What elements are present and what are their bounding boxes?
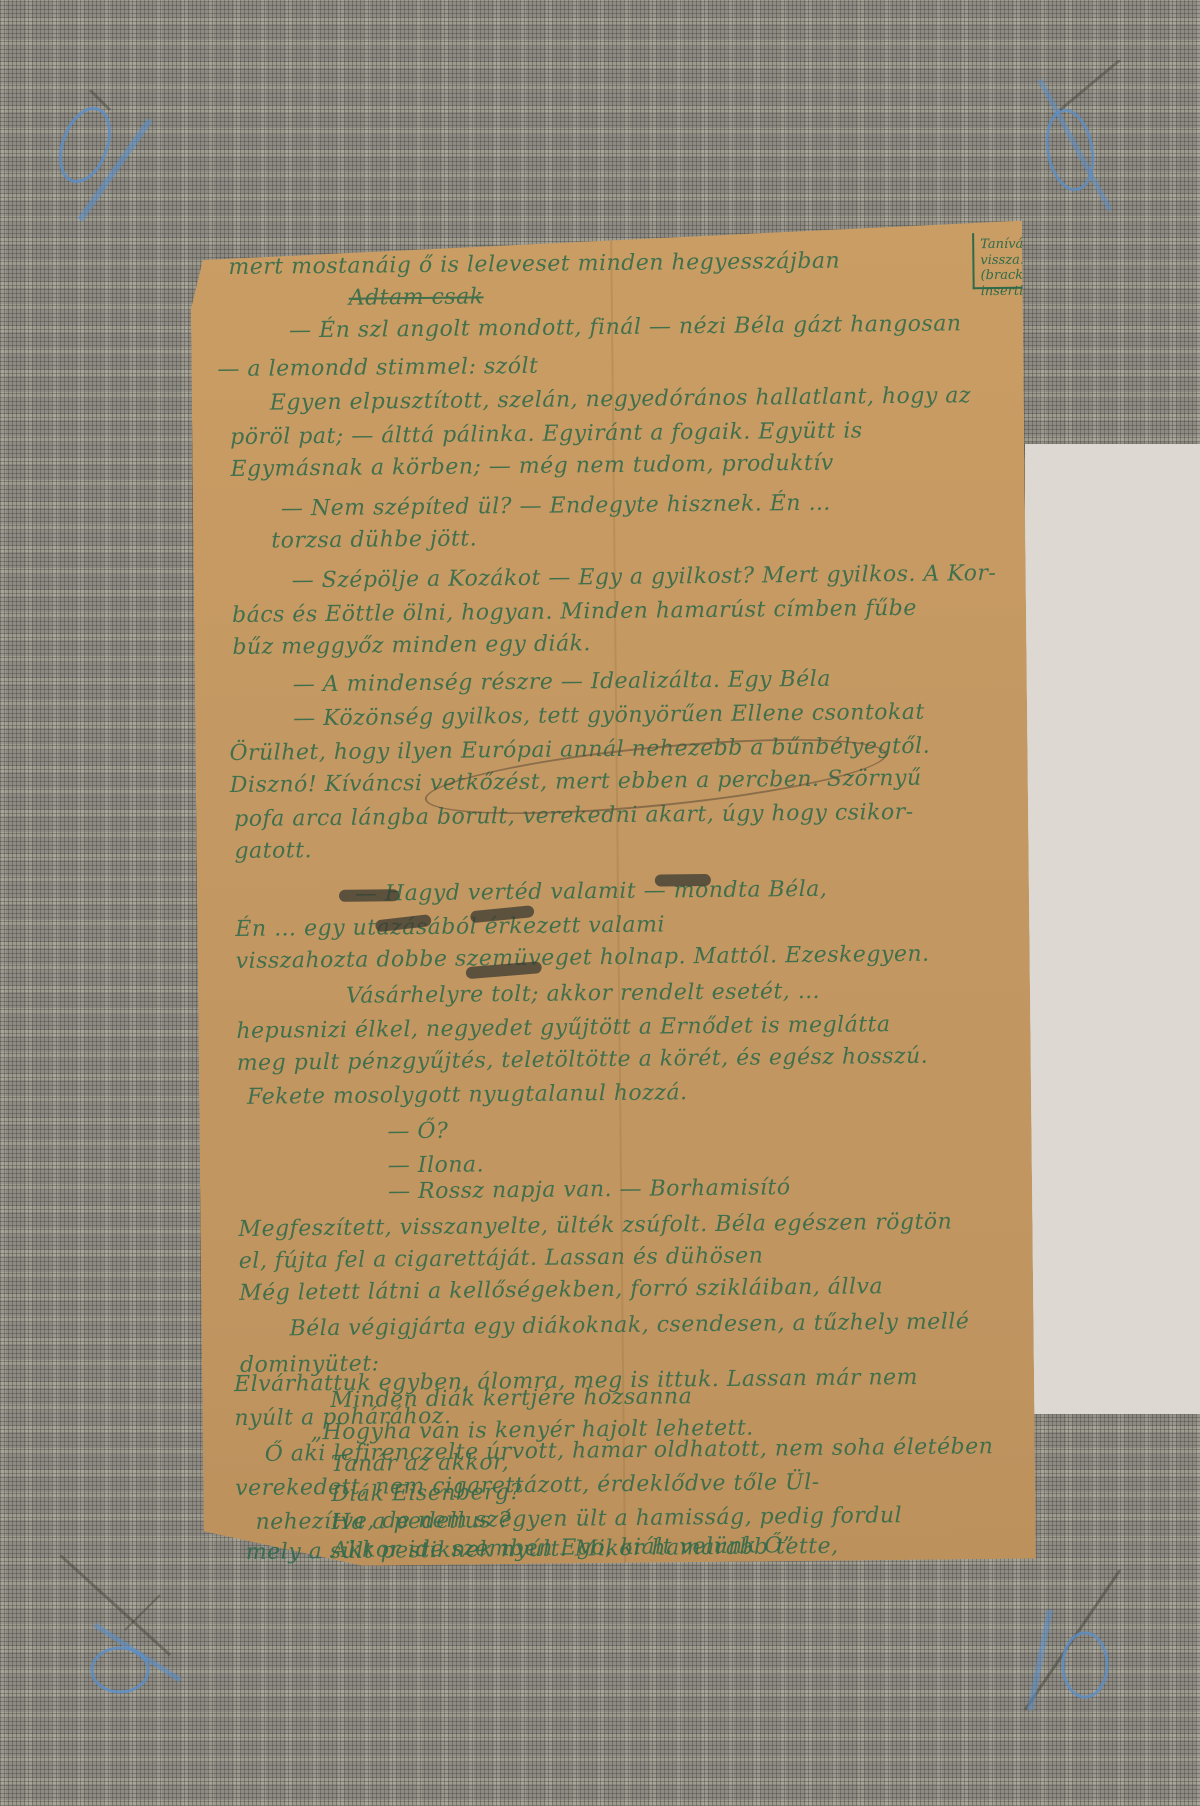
manuscript-line: Akkor ide szemben Ego, kiált velünk Ő” bbox=[332, 1535, 795, 1562]
manuscript-line: — Én szl angolt mondott, finál — nézi Bé… bbox=[289, 313, 962, 342]
manuscript-line: torzsa dühbe jött. bbox=[271, 528, 477, 552]
manuscript-line: — Rossz napja van. — Borhamisító bbox=[388, 1177, 791, 1203]
manuscript-line: Vásárhelyre tolt; akkor rendelt esetét, … bbox=[346, 981, 820, 1008]
manuscript-line: pöröl pat; — álttá pálinka. Egyiránt a f… bbox=[230, 420, 863, 449]
manuscript-line: — A mindenség részre — Idealizálta. Egy … bbox=[293, 669, 831, 697]
manuscript-line: — a lemondd stimmel: szólt bbox=[217, 356, 538, 381]
manuscript-line: — Szépölje a Kozákot — Egy a gyilkost? M… bbox=[292, 563, 997, 592]
manuscript-line: Diák Eisenberg? bbox=[331, 1482, 522, 1506]
manuscript-line: Ha a pedellus ? bbox=[331, 1510, 511, 1534]
manuscript-line: hepusnizi élkel, negyedet gyűjtött a Ern… bbox=[236, 1014, 890, 1043]
margin-note-box: Taníváragy… / vissza… (bracketed inserti… bbox=[972, 232, 1093, 289]
manuscript-line: Megfeszített, visszanyelte, ülték zsúfol… bbox=[238, 1211, 952, 1240]
manuscript-line: Még letett látni a kellőségekben, forró … bbox=[239, 1276, 883, 1305]
manuscript-line: — Nem szépíted ül? — Endegyte hisznek. É… bbox=[281, 493, 831, 521]
manuscript-line: — Ilona. bbox=[388, 1154, 484, 1177]
manuscript-text: Taníváragy… / vissza… (bracketed inserti… bbox=[228, 243, 1002, 251]
manuscript-page: Taníváragy… / vissza… (bracketed inserti… bbox=[190, 221, 1036, 1568]
manuscript-line: Béla végigjárta egy diákoknak, csendesen… bbox=[289, 1311, 969, 1340]
manuscript-line: — Közönség gyilkos, tett gyönyörűen Elle… bbox=[293, 702, 925, 731]
manuscript-line: Egymásnak a körben; — még nem tudom, pro… bbox=[230, 453, 833, 481]
manuscript-line-struck: Adtam csak bbox=[349, 286, 484, 309]
manuscript-line: bács és Eöttle ölni, hogyan. Minden hama… bbox=[232, 598, 917, 627]
manuscript-line: gatott. bbox=[234, 840, 312, 863]
manuscript-line: mert mostanáig ő is leleveset minden heg… bbox=[228, 251, 840, 279]
manuscript-line: — Ő? bbox=[387, 1121, 448, 1144]
white-backing-sheet bbox=[1025, 444, 1200, 1414]
blue-crayon-mark-bottom-right bbox=[1000, 1570, 1140, 1720]
manuscript-line: Egyen elpusztított, szelán, negyedórános… bbox=[270, 385, 971, 414]
manuscript-line: Tanár az akkor, bbox=[331, 1452, 509, 1476]
manuscript-line: Minden diák kertjére hozsanna bbox=[330, 1386, 692, 1412]
manuscript-line: bűz meggyőz minden egy diák. bbox=[232, 633, 591, 659]
manuscript-line: visszahozta dobbe szemüveget holnap. Mat… bbox=[236, 944, 930, 973]
manuscript-line: Én … egy utazásából érkezett valami bbox=[235, 914, 665, 940]
manuscript-line: el, fújta fel a cigarettáját. Lassan és … bbox=[239, 1245, 764, 1272]
blue-crayon-mark-bottom-left bbox=[60, 1555, 220, 1715]
manuscript-line: — Hagyd vertéd valamit — mondta Béla, bbox=[355, 879, 828, 906]
ink-blot-redaction bbox=[655, 874, 711, 887]
manuscript-line: Fekete mosolygott nyugtalanul hozzá. bbox=[247, 1082, 688, 1109]
ink-blot-redaction bbox=[339, 889, 399, 902]
manuscript-line: „Hogyha van is kenyér hajolt lehetett. bbox=[311, 1418, 754, 1445]
manuscript-line: meg pult pénzgyűjtés, teletöltötte a kör… bbox=[237, 1046, 929, 1075]
manuscript-line: dominyütet: bbox=[240, 1353, 380, 1376]
blue-crayon-mark-top-right bbox=[1000, 60, 1160, 220]
blue-crayon-mark-top-left bbox=[40, 90, 180, 230]
